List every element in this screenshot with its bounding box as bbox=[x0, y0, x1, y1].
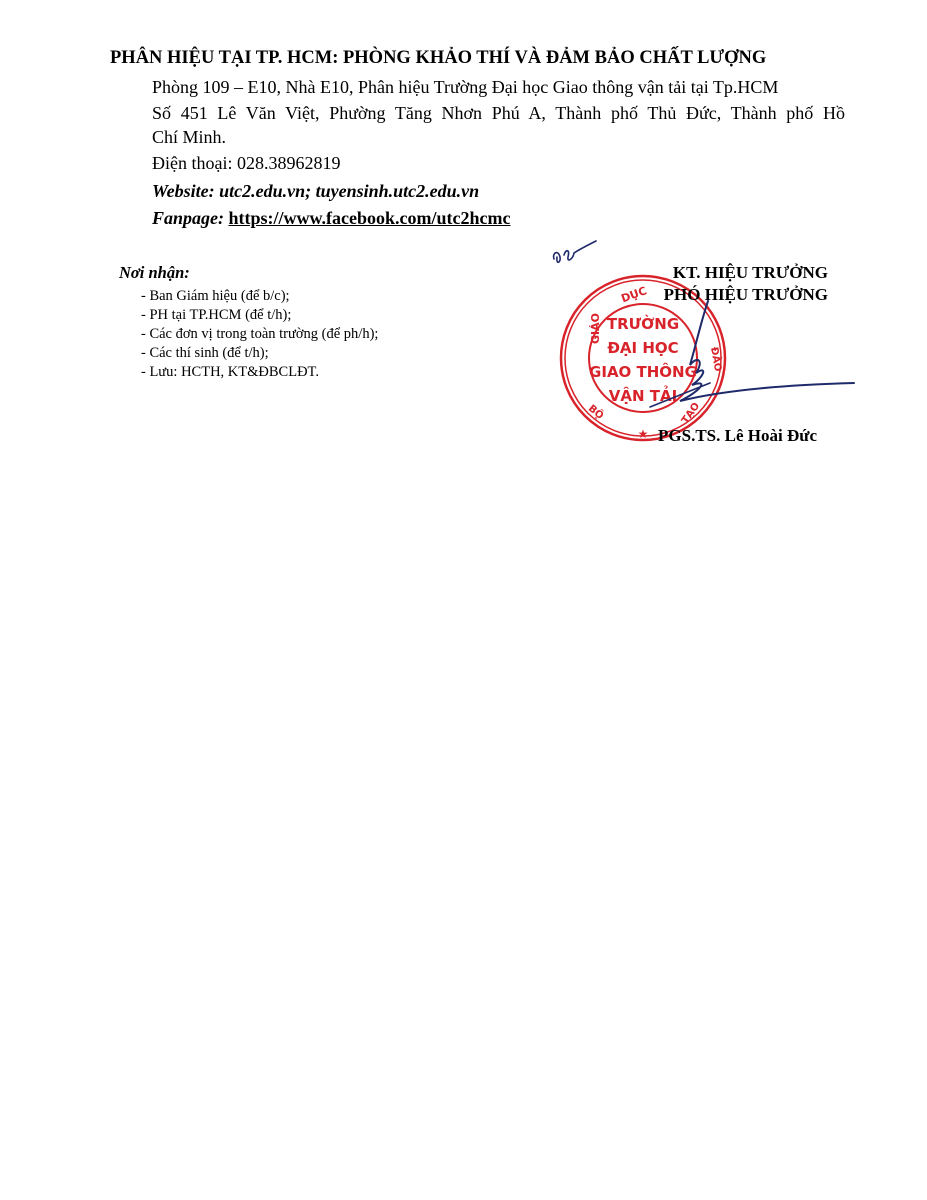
website-line: Website: utc2.edu.vn; tuyensinh.utc2.edu… bbox=[152, 181, 479, 202]
department-heading: PHÂN HIỆU TẠI TP. HCM: PHÒNG KHẢO THÍ VÀ… bbox=[110, 48, 766, 69]
svg-text:★: ★ bbox=[638, 427, 649, 441]
recipient-item: - PH tại TP.HCM (để t/h); bbox=[141, 307, 291, 324]
recipient-item: - Ban Giám hiệu (để b/c); bbox=[141, 288, 290, 305]
svg-text:GIAO THÔNG: GIAO THÔNG bbox=[589, 362, 697, 381]
stamp-line: TRƯỜNG bbox=[607, 314, 679, 333]
fanpage-link[interactable]: https://www.facebook.com/utc2hcmc bbox=[229, 208, 511, 228]
address-line-2: Số 451 Lê Văn Việt, Phường Tăng Nhơn Phú… bbox=[152, 103, 845, 124]
signature-title-line2: PHÓ HIỆU TRƯỞNG bbox=[664, 285, 828, 305]
recipient-item: - Các đơn vị trong toàn trường (để ph/h)… bbox=[141, 326, 378, 343]
svg-text:VẬN TẢI: VẬN TẢI bbox=[609, 384, 677, 405]
fanpage-label: Fanpage: bbox=[152, 208, 224, 228]
recipient-item: - Các thí sinh (để t/h); bbox=[141, 345, 269, 362]
recipient-item: - Lưu: HCTH, KT&ĐBCLĐT. bbox=[141, 364, 319, 381]
svg-text:ĐẠI HỌC: ĐẠI HỌC bbox=[607, 339, 678, 357]
svg-text:GIÁO: GIÁO bbox=[589, 313, 602, 344]
signer-name: PGS.TS. Lê Hoài Đức bbox=[658, 426, 817, 446]
fanpage-line: Fanpage: https://www.facebook.com/utc2hc… bbox=[152, 208, 510, 229]
address-line-3: Chí Minh. bbox=[152, 127, 226, 148]
recipients-title: Nơi nhận: bbox=[119, 263, 190, 283]
phone-line: Điện thoại: 028.38962819 bbox=[152, 153, 340, 174]
svg-text:ĐÀO: ĐÀO bbox=[708, 346, 725, 373]
signature-title-line1: KT. HIỆU TRƯỞNG bbox=[673, 263, 828, 283]
address-line-1: Phòng 109 – E10, Nhà E10, Phân hiệu Trườ… bbox=[152, 77, 778, 98]
svg-text:DỤC: DỤC bbox=[619, 284, 648, 305]
